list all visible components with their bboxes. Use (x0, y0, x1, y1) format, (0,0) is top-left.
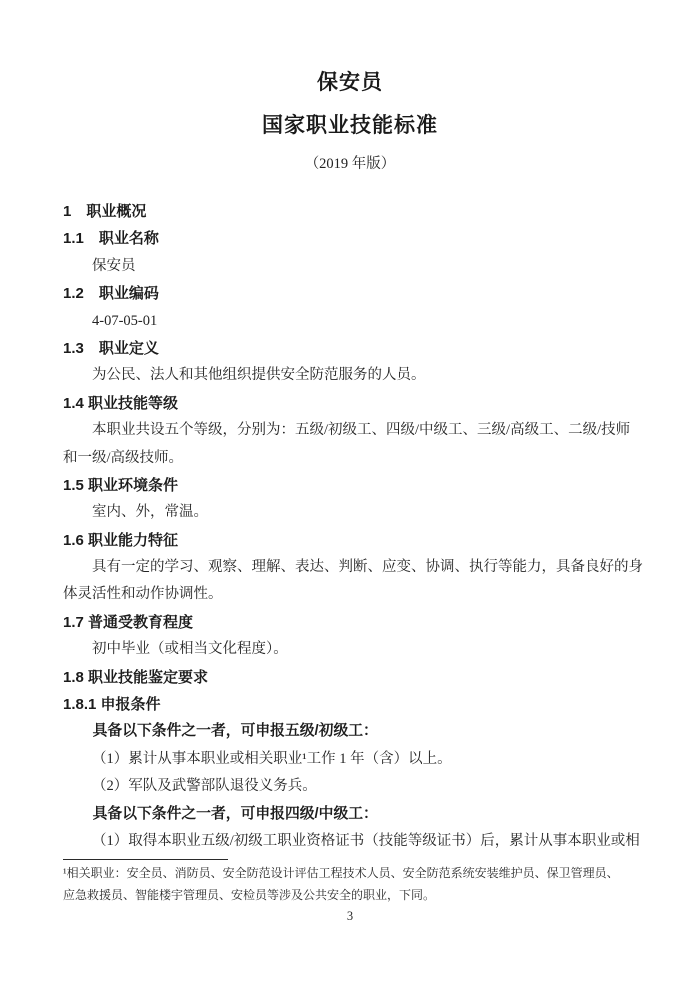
section-heading-1-5: 1.5 职业环境条件 (63, 472, 649, 499)
section-heading-1-7: 1.7 普通受教育程度 (63, 609, 649, 636)
paragraph-education: 初中毕业（或相当文化程度）。 (63, 636, 649, 663)
section-heading-1: 1 职业概况 (63, 198, 649, 225)
footnote-line-2: 应急救援员、智能楼宇管理员、安检员等涉及公共安全的职业，下同。 (63, 885, 640, 907)
document-title: 保安员 (0, 70, 700, 96)
paragraph-apply-level5-item2: （2）军队及武警部队退役义务兵。 (63, 773, 649, 800)
section-heading-1-8-1: 1.8.1 申报条件 (63, 691, 649, 718)
document-page: 保安员 国家职业技能标准 （2019 年版） 1 职业概况 1.1 职业名称 保… (0, 0, 700, 989)
page-number: 3 (0, 909, 700, 924)
paragraph-environment: 室内、外，常温。 (63, 499, 649, 526)
document-body: 1 职业概况 1.1 职业名称 保安员 1.2 职业编码 4-07-05-01 … (63, 198, 649, 855)
paragraph-apply-level4-header: 具备以下条件之一者，可申报四级/中级工： (63, 801, 649, 828)
paragraph-levels-line1: 本职业共设五个等级，分别为：五级/初级工、四级/中级工、三级/高级工、二级/技师 (63, 417, 649, 444)
title-block: 保安员 国家职业技能标准 （2019 年版） (0, 70, 700, 173)
section-heading-1-3: 1.3 职业定义 (63, 335, 649, 362)
paragraph-ability-line1: 具有一定的学习、观察、理解、表达、判断、应变、协调、执行等能力，具备良好的身 (63, 554, 649, 581)
paragraph-occupation-name: 保安员 (63, 253, 649, 280)
footnote-separator (63, 859, 228, 860)
section-heading-1-6: 1.6 职业能力特征 (63, 527, 649, 554)
section-heading-1-4: 1.4 职业技能等级 (63, 390, 649, 417)
section-heading-1-2: 1.2 职业编码 (63, 280, 649, 307)
section-heading-1-8: 1.8 职业技能鉴定要求 (63, 664, 649, 691)
paragraph-ability-line2: 体灵活性和动作协调性。 (63, 581, 649, 608)
document-edition: （2019 年版） (0, 155, 700, 173)
paragraph-apply-level5-item1: （1）累计从事本职业或相关职业¹工作 1 年（含）以上。 (63, 746, 649, 773)
paragraph-apply-level5-header: 具备以下条件之一者，可申报五级/初级工： (63, 718, 649, 745)
paragraph-levels-line2: 和一级/高级技师。 (63, 445, 649, 472)
paragraph-apply-level4-item1: （1）取得本职业五级/初级工职业资格证书（技能等级证书）后，累计从事本职业或相 (63, 828, 649, 855)
section-heading-1-1: 1.1 职业名称 (63, 225, 649, 252)
footnote-line-1: ¹相关职业：安全员、消防员、安全防范设计评估工程技术人员、安全防范系统安装维护员… (63, 863, 640, 885)
paragraph-definition: 为公民、法人和其他组织提供安全防范服务的人员。 (63, 362, 649, 389)
footnote: ¹相关职业：安全员、消防员、安全防范设计评估工程技术人员、安全防范系统安装维护员… (63, 863, 640, 906)
document-subtitle: 国家职业技能标准 (0, 113, 700, 139)
paragraph-occupation-code: 4-07-05-01 (63, 308, 649, 335)
